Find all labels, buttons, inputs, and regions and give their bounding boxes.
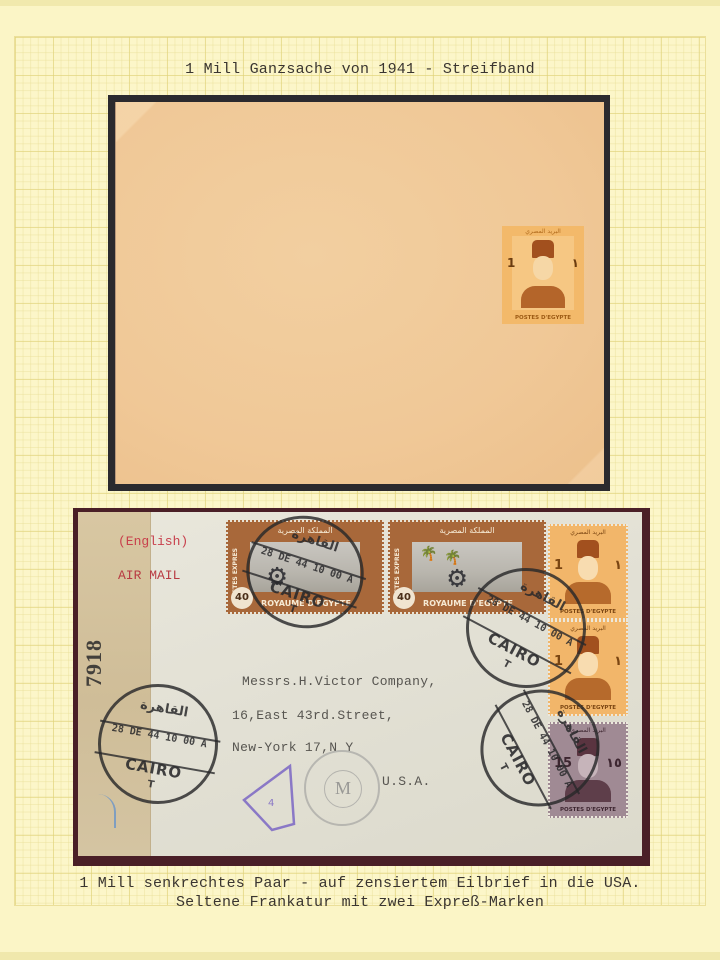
censor-mark-letter: M	[324, 770, 362, 808]
king-farouk-portrait-icon	[518, 240, 568, 308]
express-stamp-value: 40	[393, 587, 415, 609]
title-caption: 1 Mill Ganzsache von 1941 - Streifband	[0, 60, 720, 79]
stamp-value-right: ١	[614, 654, 622, 669]
address-line-1: Messrs.H.Victor Company,	[242, 674, 436, 689]
bottom-caption-line-1: 1 Mill senkrechtes Paar - auf zensiertem…	[0, 874, 720, 893]
motorcycle-icon: ⚙	[448, 560, 466, 597]
bottom-caption-line-2: Seltene Frankatur mit zwei Expreß-Marken	[0, 893, 720, 912]
wrapper-mount: البريد المصري 1 ١ POSTES D'EGYPTE	[108, 95, 610, 491]
express-stamp-arabic: المملكة المصرية	[414, 526, 520, 538]
svg-text:4: 4	[268, 798, 274, 809]
postmark-arabic: القاهرة	[107, 691, 222, 726]
airmail-label: AIR MAIL	[118, 568, 180, 583]
palm-tree-icon: 🌴	[420, 546, 437, 563]
censored-express-cover: 7918 (English) AIR MAIL المملكة المصرية …	[78, 512, 642, 856]
imprinted-stamp: البريد المصري 1 ١ POSTES D'EGYPTE	[502, 226, 584, 324]
censor-tape: 7918	[78, 512, 151, 856]
censor-triangle-mark-icon: 4	[238, 762, 300, 832]
imprint-value-left: 1	[507, 256, 515, 270]
stamp-value-left: 1	[554, 558, 563, 573]
imprint-portrait-frame	[512, 236, 574, 310]
stamp-value-right: ١٥	[606, 756, 622, 771]
blue-crayon-mark	[98, 794, 116, 828]
album-page-bottom-edge	[0, 952, 720, 960]
stamp-arabic-text: البريد المصري	[550, 529, 626, 536]
stamp-value-right: ١	[614, 558, 622, 573]
cover-mount: 7918 (English) AIR MAIL المملكة المصرية …	[73, 508, 650, 866]
address-line-4: U.S.A.	[382, 774, 431, 789]
censor-circle-mark: M	[304, 750, 380, 826]
stamp-inscription: POSTES D'EGYPTE	[550, 807, 626, 813]
imprint-arabic-text: البريد المصري	[502, 228, 584, 235]
address-line-2: 16,East 43rd.Street,	[232, 708, 394, 723]
postal-stationery-wrapper: البريد المصري 1 ١ POSTES D'EGYPTE	[115, 102, 604, 484]
language-label: (English)	[118, 534, 188, 549]
censor-tape-number: 7918	[81, 639, 107, 687]
imprint-value-right: ١	[572, 256, 579, 270]
album-page-top-edge	[0, 0, 720, 6]
imprint-inscription: POSTES D'EGYPTE	[502, 315, 584, 321]
